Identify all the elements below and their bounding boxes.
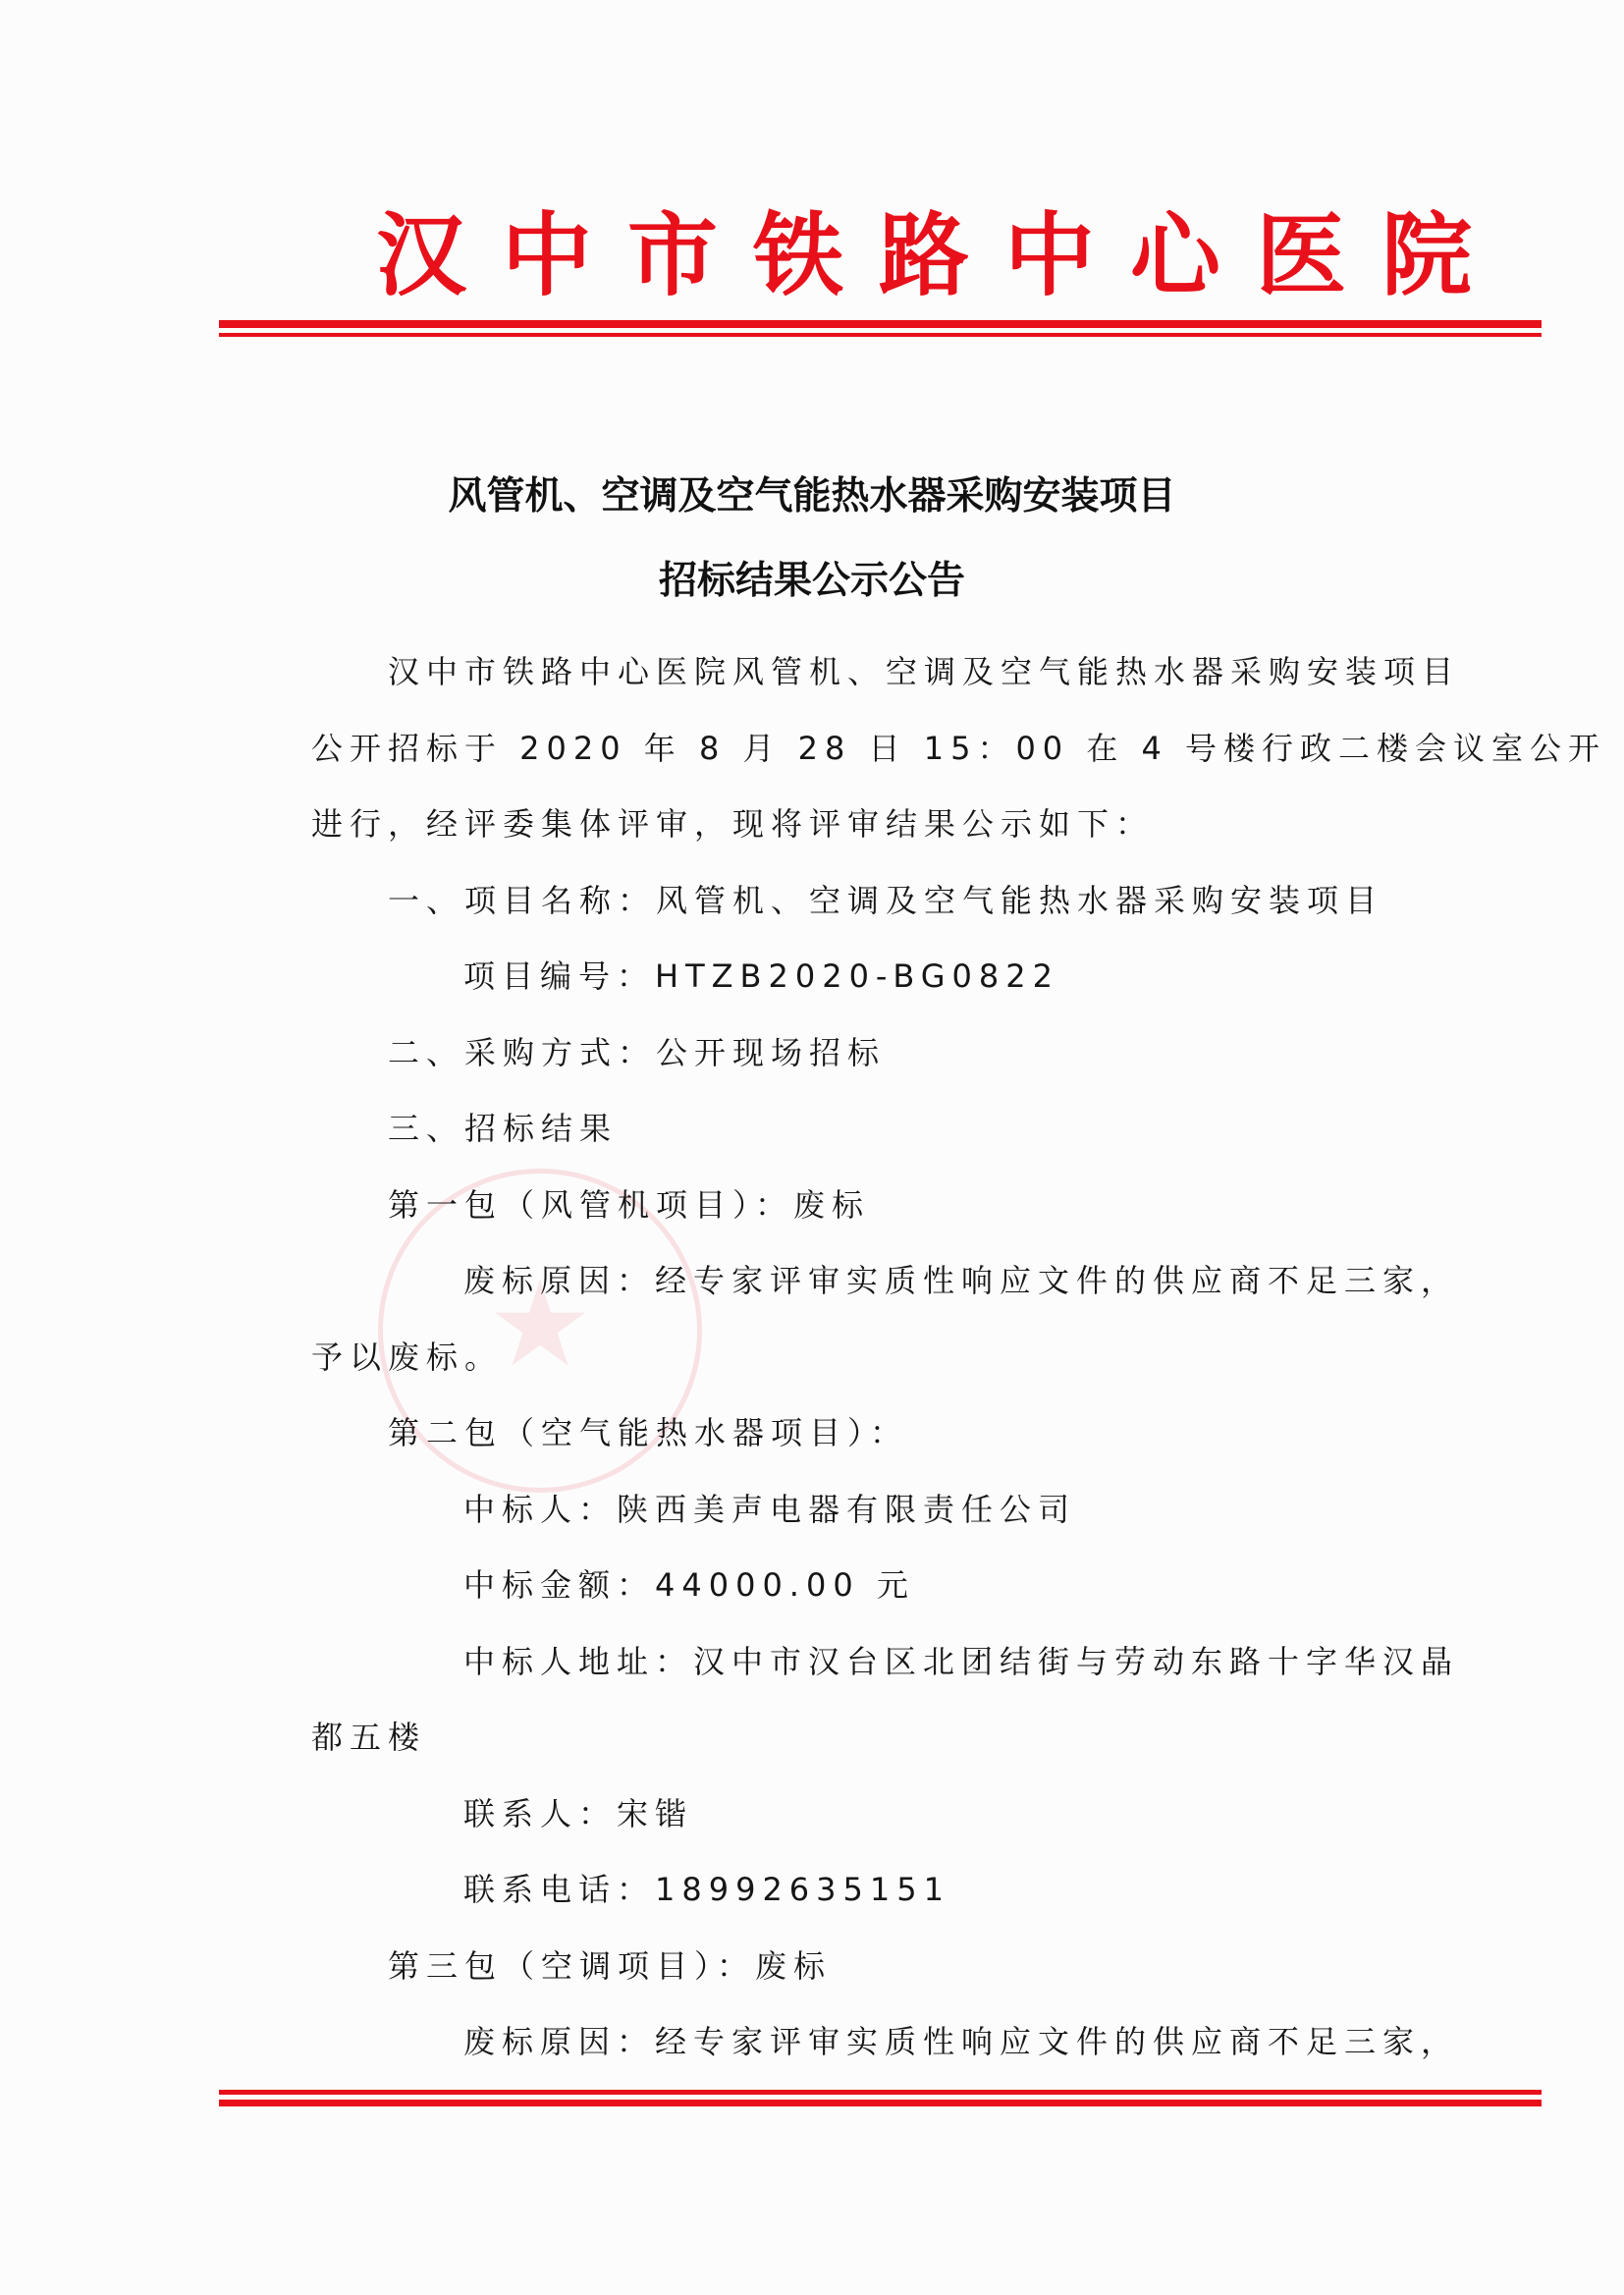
package2-winner: 中标人：陕西美声电器有限责任公司 xyxy=(311,1472,1440,1549)
intro-paragraph-line: 进行，经评委集体评审，现将评审结果公示如下： xyxy=(311,787,1440,863)
package1-heading: 第一包（风管机项目）：废标 xyxy=(311,1168,1440,1244)
package2-phone: 联系电话：18992635151 xyxy=(311,1852,1440,1929)
footer-rule-thick xyxy=(219,2100,1542,2106)
section-results-heading: 三、招标结果 xyxy=(311,1091,1440,1168)
document-title-line1: 风管机、空调及空气能热水器采购安装项目 xyxy=(0,471,1624,520)
package2-heading: 第二包（空气能热水器项目）： xyxy=(311,1395,1440,1472)
package3-heading: 第三包（空调项目）：废标 xyxy=(311,1929,1440,2005)
letterhead: 汉中市铁路中心医院 xyxy=(0,201,1624,309)
footer-rule-thin xyxy=(219,2090,1542,2095)
document-title-line2: 招标结果公示公告 xyxy=(0,556,1624,605)
header-rule-thick xyxy=(219,320,1542,328)
package2-contact: 联系人：宋锴 xyxy=(311,1776,1440,1853)
package3-reason: 废标原因：经专家评审实质性响应文件的供应商不足三家， xyxy=(311,2004,1440,2081)
organization-name: 汉中市铁路中心医院 xyxy=(376,201,1397,309)
intro-paragraph-line: 公开招标于 2020 年 8 月 28 日 15：00 在 4 号楼行政二楼会议… xyxy=(311,711,1440,788)
package2-address: 中标人地址：汉中市汉台区北团结街与劳动东路十字华汉晶 xyxy=(311,1624,1440,1701)
section-procurement-method: 二、采购方式：公开现场招标 xyxy=(311,1015,1440,1092)
package2-amount: 中标金额：44000.00 元 xyxy=(311,1548,1440,1624)
package1-reason-cont: 予以废标。 xyxy=(311,1320,1440,1396)
header-rule-thin xyxy=(219,333,1542,337)
package2-address-cont: 都五楼 xyxy=(311,1700,1440,1776)
project-number: 项目编号：HTZB2020-BG0822 xyxy=(311,939,1440,1015)
package1-reason: 废标原因：经专家评审实质性响应文件的供应商不足三家， xyxy=(311,1243,1440,1320)
section-project-name: 一、项目名称：风管机、空调及空气能热水器采购安装项目 xyxy=(311,863,1440,940)
intro-paragraph-line: 汉中市铁路中心医院风管机、空调及空气能热水器采购安装项目 xyxy=(311,634,1440,711)
document-body: 汉中市铁路中心医院风管机、空调及空气能热水器采购安装项目 公开招标于 2020 … xyxy=(311,634,1440,2081)
